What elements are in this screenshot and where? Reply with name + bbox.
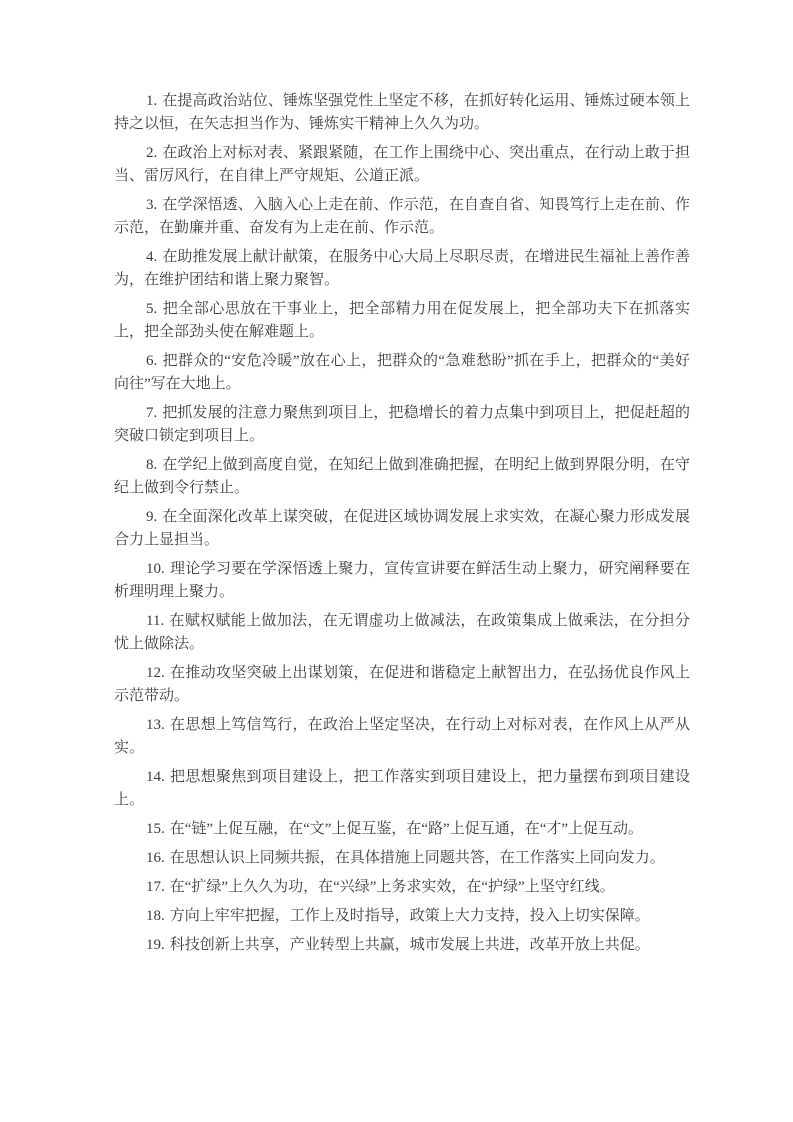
- item-text: 在赋权赋能上做加法，在无谓虚功上做减法，在政策集成上做乘法，在分担分忧上做除法。: [114, 613, 690, 652]
- list-item: 4.在助推发展上献计献策，在服务中心大局上尽职尽责，在增进民生福祉上善作善为，在…: [114, 246, 690, 292]
- item-text: 在思想认识上同频共振，在具体措施上同题共答，在工作落实上同向发力。: [170, 850, 665, 866]
- item-text: 方向上牢牢把握，工作上及时指导，政策上大力支持，投入上切实保障。: [170, 908, 650, 924]
- item-text: 把全部心思放在干事业上，把全部精力用在促发展上，把全部功夫下在抓落实上，把全部劲…: [114, 301, 690, 340]
- item-text: 在“扩绿”上久久为功，在“兴绿”上务求实效，在“护绿”上坚守红线。: [170, 879, 615, 895]
- item-number: 19.: [146, 937, 165, 953]
- list-item: 9.在全面深化改革上谋突破，在促进区域协调发展上求实效，在凝心聚力形成发展合力上…: [114, 506, 690, 552]
- list-item: 16.在思想认识上同频共振，在具体措施上同题共答，在工作落实上同向发力。: [114, 847, 690, 870]
- item-text: 在政治上对标对表、紧跟紧随，在工作上围绕中心、突出重点，在行动上敢于担当、雷厉风…: [114, 145, 690, 184]
- item-number: 7.: [146, 405, 157, 421]
- item-text: 在学深悟透、入脑入心上走在前、作示范，在自查自省、知畏笃行上走在前、作示范，在勤…: [114, 197, 690, 236]
- item-number: 8.: [146, 457, 157, 473]
- list-item: 7.把抓发展的注意力聚焦到项目上，把稳增长的着力点集中到项目上，把促赶超的突破口…: [114, 402, 690, 448]
- item-text: 把思想聚焦到项目建设上，把工作落实到项目建设上，把力量摆布到项目建设上。: [114, 769, 690, 808]
- item-number: 14.: [146, 769, 165, 785]
- item-number: 6.: [146, 353, 157, 369]
- item-text: 在推动攻坚突破上出谋划策，在促进和谐稳定上献智出力，在弘扬优良作风上示范带动。: [114, 665, 690, 704]
- item-text: 把抓发展的注意力聚焦到项目上，把稳增长的着力点集中到项目上，把促赶超的突破口锁定…: [114, 405, 690, 444]
- item-text: 在“链”上促互融，在“文”上促互鉴，在“路”上促互通，在“才”上促互动。: [170, 821, 643, 837]
- item-number: 13.: [146, 717, 165, 733]
- list-item: 18.方向上牢牢把握，工作上及时指导，政策上大力支持，投入上切实保障。: [114, 905, 690, 928]
- item-number: 5.: [146, 301, 157, 317]
- item-number: 3.: [146, 197, 157, 213]
- item-text: 理论学习要在学深悟透上聚力，宣传宣讲要在鲜活生动上聚力，研究阐释要在析理明理上聚…: [114, 561, 690, 600]
- item-number: 10.: [146, 561, 165, 577]
- item-number: 17.: [146, 879, 165, 895]
- item-text: 在提高政治站位、锤炼坚强党性上坚定不移，在抓好转化运用、锤炼过硬本领上持之以恒，…: [114, 93, 690, 132]
- list-item: 5.把全部心思放在干事业上，把全部精力用在促发展上，把全部功夫下在抓落实上，把全…: [114, 298, 690, 344]
- item-text: 在思想上笃信笃行，在政治上坚定坚决，在行动上对标对表，在作风上从严从实。: [114, 717, 690, 756]
- list-item: 3.在学深悟透、入脑入心上走在前、作示范，在自查自省、知畏笃行上走在前、作示范，…: [114, 194, 690, 240]
- list-item: 10.理论学习要在学深悟透上聚力，宣传宣讲要在鲜活生动上聚力，研究阐释要在析理明…: [114, 558, 690, 604]
- list-item: 8.在学纪上做到高度自觉，在知纪上做到准确把握，在明纪上做到界限分明，在守纪上做…: [114, 454, 690, 500]
- item-text: 科技创新上共享，产业转型上共赢，城市发展上共进，改革开放上共促。: [170, 937, 650, 953]
- document-body: 1.在提高政治站位、锤炼坚强党性上坚定不移，在抓好转化运用、锤炼过硬本领上持之以…: [114, 90, 690, 963]
- item-number: 16.: [146, 850, 165, 866]
- item-text: 在学纪上做到高度自觉，在知纪上做到准确把握，在明纪上做到界限分明，在守纪上做到令…: [114, 457, 690, 496]
- list-item: 2.在政治上对标对表、紧跟紧随，在工作上围绕中心、突出重点，在行动上敢于担当、雷…: [114, 142, 690, 188]
- list-item: 19.科技创新上共享，产业转型上共赢，城市发展上共进，改革开放上共促。: [114, 934, 690, 957]
- list-item: 6.把群众的“安危冷暖”放在心上，把群众的“急难愁盼”抓在手上，把群众的“美好向…: [114, 350, 690, 396]
- item-number: 18.: [146, 908, 165, 924]
- list-item: 13.在思想上笃信笃行，在政治上坚定坚决，在行动上对标对表，在作风上从严从实。: [114, 714, 690, 760]
- list-item: 17.在“扩绿”上久久为功，在“兴绿”上务求实效，在“护绿”上坚守红线。: [114, 876, 690, 899]
- list-item: 1.在提高政治站位、锤炼坚强党性上坚定不移，在抓好转化运用、锤炼过硬本领上持之以…: [114, 90, 690, 136]
- list-item: 14.把思想聚焦到项目建设上，把工作落实到项目建设上，把力量摆布到项目建设上。: [114, 766, 690, 812]
- list-item: 15.在“链”上促互融，在“文”上促互鉴，在“路”上促互通，在“才”上促互动。: [114, 818, 690, 841]
- item-number: 15.: [146, 821, 165, 837]
- list-item: 11.在赋权赋能上做加法，在无谓虚功上做减法，在政策集成上做乘法，在分担分忧上做…: [114, 610, 690, 656]
- item-text: 在助推发展上献计献策，在服务中心大局上尽职尽责，在增进民生福祉上善作善为，在维护…: [114, 249, 690, 288]
- item-number: 2.: [146, 145, 157, 161]
- item-text: 把群众的“安危冷暖”放在心上，把群众的“急难愁盼”抓在手上，把群众的“美好向往”…: [114, 353, 690, 392]
- item-text: 在全面深化改革上谋突破，在促进区域协调发展上求实效，在凝心聚力形成发展合力上显担…: [114, 509, 690, 548]
- item-number: 9.: [146, 509, 157, 525]
- item-number: 11.: [146, 613, 164, 629]
- item-number: 4.: [146, 249, 157, 265]
- item-number: 12.: [146, 665, 165, 681]
- document-page: 1.在提高政治站位、锤炼坚强党性上坚定不移，在抓好转化运用、锤炼过硬本领上持之以…: [0, 0, 793, 1122]
- item-number: 1.: [146, 93, 157, 109]
- list-item: 12.在推动攻坚突破上出谋划策，在促进和谐稳定上献智出力，在弘扬优良作风上示范带…: [114, 662, 690, 708]
